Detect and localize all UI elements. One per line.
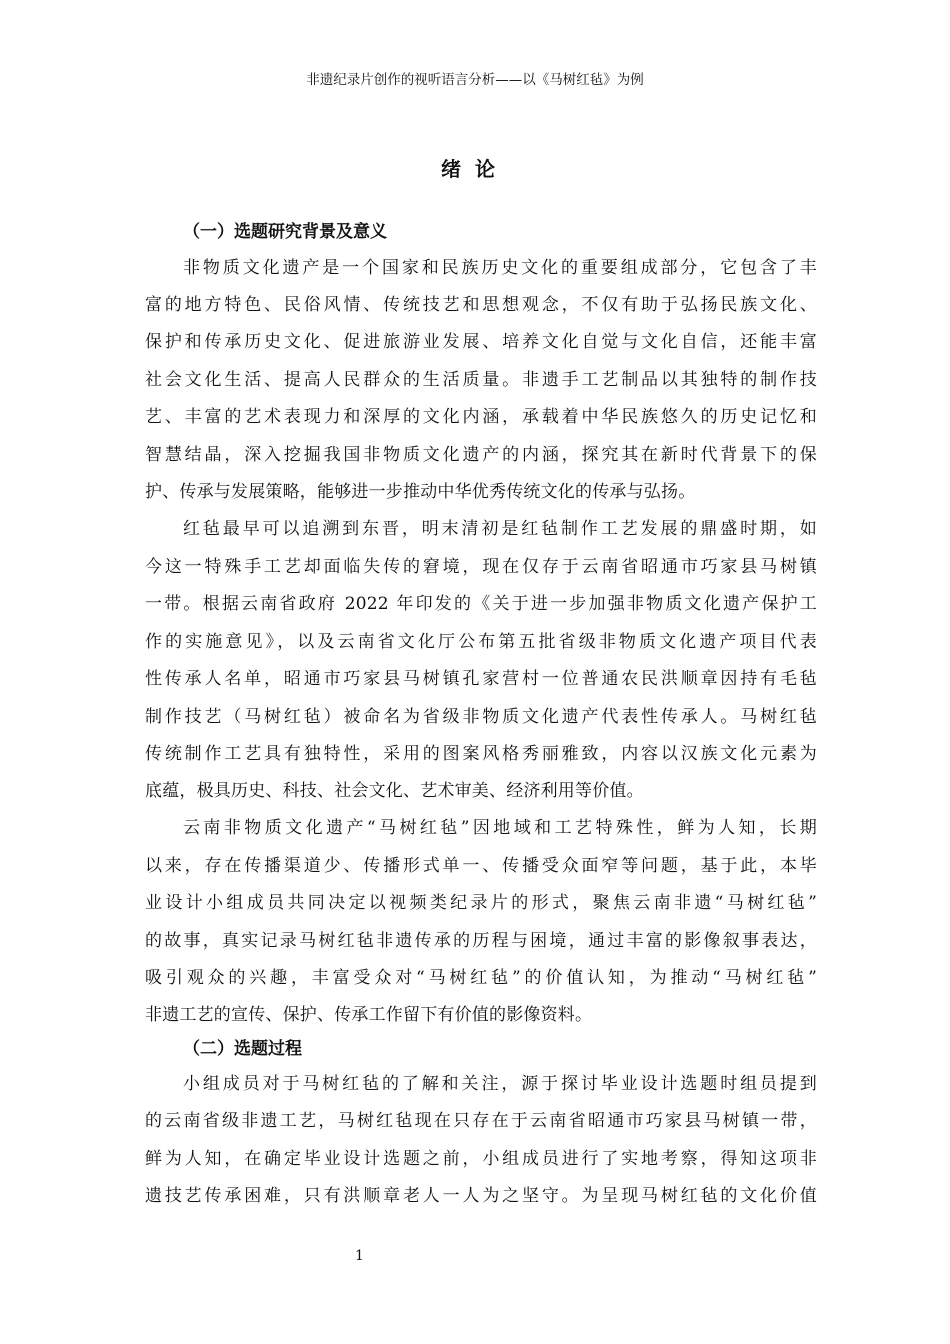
text-line: 的故事，真实记录马树红毡非遗传承的历程与困境，通过丰富的影像叙事表达， — [145, 926, 817, 951]
chapter-title: 绪论 — [0, 153, 950, 182]
text-line: 今这一特殊手工艺却面临失传的窘境，现在仅存于云南省昭通市巧家县马树镇 — [145, 552, 817, 577]
text-line: 遗技艺传承困难，只有洪顺章老人一人为之坚守。为呈现马树红毡的文化价值 — [145, 1181, 817, 1206]
text-line: 一带。根据云南省政府 2022 年印发的《关于进一步加强非物质文化遗产保护工 — [145, 589, 817, 614]
text-line: 云南非物质文化遗产“马树红毡”因地域和工艺特殊性，鲜为人知，长期 — [183, 813, 817, 838]
text-line: 小组成员对于马树红毡的了解和关注，源于探讨毕业设计选题时组员提到 — [183, 1069, 817, 1094]
text-line: 鲜为人知，在确定毕业设计选题之前，小组成员进行了实地考察，得知这项非 — [145, 1144, 817, 1169]
section-heading: （二）选题过程 — [183, 1034, 302, 1059]
text-line: 底蕴，极具历史、科技、社会文化、艺术审美、经济利用等价值。 — [145, 776, 817, 801]
text-line: 非物质文化遗产是一个国家和民族历史文化的重要组成部分，它包含了丰 — [183, 253, 817, 278]
running-header: 非遗纪录片创作的视听语言分析——以《马树红毡》为例 — [0, 68, 950, 88]
text-line: 社会文化生活、提高人民群众的生活质量。非遗手工艺制品以其独特的制作技 — [145, 365, 817, 390]
text-line: 作的实施意见》，以及云南省文化厅公布第五批省级非物质文化遗产项目代表 — [145, 627, 817, 652]
page-number: 1 — [355, 1248, 364, 1264]
text-line: 红毡最早可以追溯到东晋，明末清初是红毡制作工艺发展的鼎盛时期，如 — [183, 514, 817, 539]
text-line: 以来，存在传播渠道少、传播形式单一、传播受众面窄等问题，基于此，本毕 — [145, 851, 817, 876]
text-line: 富的地方特色、民俗风情、传统技艺和思想观念，不仅有助于弘扬民族文化、 — [145, 290, 817, 315]
text-line: 艺、丰富的艺术表现力和深厚的文化内涵，承载着中华民族悠久的历史记忆和 — [145, 402, 817, 427]
section-heading: （一）选题研究背景及意义 — [183, 217, 387, 242]
text-line: 护、传承与发展策略，能够进一步推动中华优秀传统文化的传承与弘扬。 — [145, 477, 817, 502]
text-line: 性传承人名单，昭通市巧家县马树镇孔家营村一位普通农民洪顺章因持有毛毡 — [145, 664, 817, 689]
text-line: 制作技艺（马树红毡）被命名为省级非物质文化遗产代表性传承人。马树红毡 — [145, 702, 817, 727]
text-line: 业设计小组成员共同决定以视频类纪录片的形式，聚焦云南非遗“马树红毡” — [145, 888, 817, 913]
text-line: 吸引观众的兴趣，丰富受众对“马树红毡”的价值认知，为推动“马树红毡” — [145, 963, 817, 988]
text-line: 智慧结晶，深入挖掘我国非物质文化遗产的内涵，探究其在新时代背景下的保 — [145, 440, 817, 465]
text-line: 的云南省级非遗工艺，马树红毡现在只存在于云南省昭通市巧家县马树镇一带， — [145, 1106, 817, 1131]
text-line: 非遗工艺的宣传、保护、传承工作留下有价值的影像资料。 — [145, 1000, 817, 1025]
text-line: 传统制作工艺具有独特性，采用的图案风格秀丽雅致，内容以汉族文化元素为 — [145, 739, 817, 764]
text-line: 保护和传承历史文化、促进旅游业发展、培养文化自觉与文化自信，还能丰富 — [145, 327, 817, 352]
